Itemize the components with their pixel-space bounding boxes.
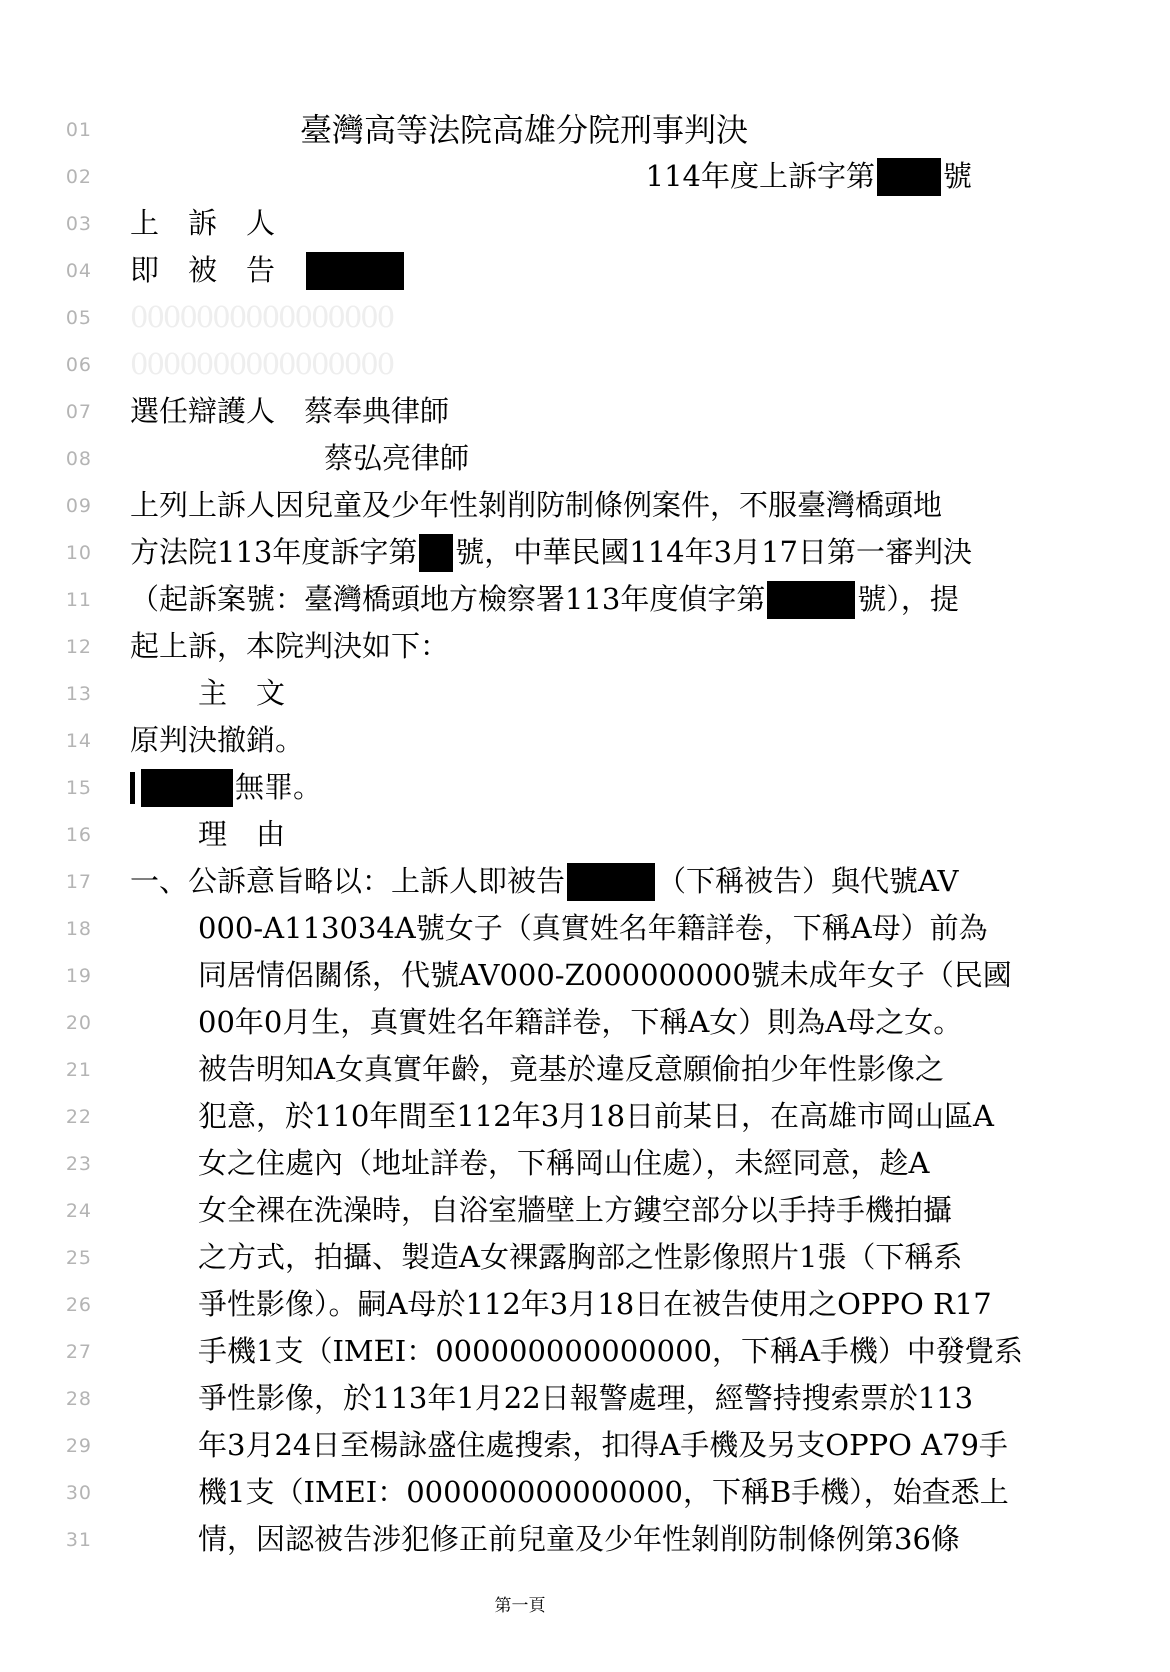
document-line: 13主 文 (0, 670, 1170, 717)
document-line: 01臺灣高等法院高雄分院刑事判決 (0, 106, 1170, 153)
line-number: 08 (0, 448, 92, 470)
line-number: 07 (0, 401, 92, 423)
line-number: 26 (0, 1294, 92, 1316)
text-run: 蔡弘亮律師 (324, 444, 469, 473)
line-content: 0000000000000000 (130, 303, 972, 332)
text-run: 號），提 (857, 585, 959, 614)
text-run: （起訴案號：臺灣橋頭地方檢察署113年度偵字第 (130, 585, 765, 614)
line-content: 手機1支（IMEI：000000000000000，下稱A手機）中發覺系 (130, 1337, 1040, 1366)
text-run: 上 訴 人 (130, 209, 275, 238)
line-content: 即 被 告 (130, 252, 972, 290)
document-line: 03上 訴 人 (0, 200, 1170, 247)
line-number: 16 (0, 824, 92, 846)
line-content: 被告明知A女真實年齡，竟基於違反意願偷拍少年性影像之 (130, 1055, 1040, 1084)
line-number: 11 (0, 589, 92, 611)
line-content: 臺灣高等法院高雄分院刑事判決 (130, 114, 1142, 146)
faint-redaction: 0000000000000000 (130, 303, 393, 332)
text-run: 主 文 (198, 679, 285, 708)
text-run: 00年0月生，真實姓名年籍詳卷，下稱A女）則為A母之女。 (198, 1008, 962, 1037)
line-number: 18 (0, 918, 92, 940)
line-content: 之方式，拍攝、製造A女裸露胸部之性影像照片1張（下稱系 (130, 1243, 1040, 1272)
document-line: 10方法院113年度訴字第號，中華民國114年3月17日第一審判決 (0, 529, 1170, 576)
line-number: 24 (0, 1200, 92, 1222)
line-content: 選任辯護人 蔡奉典律師 (130, 397, 972, 426)
document-line: 29年3月24日至楊詠盛住處搜索，扣得A手機及另支OPPO A79手 (0, 1422, 1170, 1469)
text-run: 號 (943, 162, 972, 191)
line-content: 方法院113年度訴字第號，中華民國114年3月17日第一審判決 (130, 534, 972, 572)
document-line: 04即 被 告 (0, 247, 1170, 294)
text-run: 女之住處內（地址詳卷，下稱岡山住處），未經同意，趁A (198, 1149, 929, 1178)
document-line: 24女全裸在洗澡時，自浴室牆壁上方鏤空部分以手持手機拍攝 (0, 1187, 1170, 1234)
line-content: 00年0月生，真實姓名年籍詳卷，下稱A女）則為A母之女。 (130, 1008, 1040, 1037)
line-content: 上列上訴人因兒童及少年性剝削防制條例案件，不服臺灣橋頭地 (130, 491, 972, 520)
text-run: 之方式，拍攝、製造A女裸露胸部之性影像照片1張（下稱系 (198, 1243, 962, 1272)
redaction-box (567, 863, 655, 901)
line-number: 12 (0, 636, 92, 658)
line-content: 起上訴，本院判決如下： (130, 632, 972, 661)
line-content: 年3月24日至楊詠盛住處搜索，扣得A手機及另支OPPO A79手 (130, 1431, 1040, 1460)
text-run: 臺灣高等法院高雄分院刑事判決 (300, 114, 748, 146)
line-content: 同居情侶關係，代號AV000-Z000000000號未成年女子（民國 (130, 961, 1040, 990)
redaction-box (419, 534, 453, 572)
line-number: 20 (0, 1012, 92, 1034)
line-content: 犯意，於110年間至112年3月18日前某日，在高雄市岡山區A (130, 1102, 1040, 1131)
document-line: 2000年0月生，真實姓名年籍詳卷，下稱A女）則為A母之女。 (0, 999, 1170, 1046)
document-line: 12起上訴，本院判決如下： (0, 623, 1170, 670)
document-line: 050000000000000000 (0, 294, 1170, 341)
line-number: 29 (0, 1435, 92, 1457)
line-number: 27 (0, 1341, 92, 1363)
text-run: 選任辯護人 蔡奉典律師 (130, 397, 449, 426)
line-number: 17 (0, 871, 92, 893)
text-run: （下稱被告）與代號AV (657, 867, 958, 896)
line-content: 0000000000000000 (130, 350, 972, 379)
document-line: 28爭性影像，於113年1月22日報警處理，經警持搜索票於113 (0, 1375, 1170, 1422)
redaction-box (306, 252, 404, 290)
redaction-sliver (130, 772, 135, 804)
line-number: 05 (0, 307, 92, 329)
document-line: 17一、公訴意旨略以：上訴人即被告（下稱被告）與代號AV (0, 858, 1170, 905)
line-content: 無罪。 (130, 769, 972, 807)
text-run: 機1支（IMEI：000000000000000，下稱B手機），始查悉上 (198, 1478, 1009, 1507)
line-number: 25 (0, 1247, 92, 1269)
text-run: 即 被 告 (130, 256, 304, 285)
line-number: 21 (0, 1059, 92, 1081)
line-content: 一、公訴意旨略以：上訴人即被告（下稱被告）與代號AV (130, 863, 972, 901)
document-line: 26爭性影像）。嗣A母於112年3月18日在被告使用之OPPO R17 (0, 1281, 1170, 1328)
document-line: 11（起訴案號：臺灣橋頭地方檢察署113年度偵字第號），提 (0, 576, 1170, 623)
document-line: 18000-A113034A號女子（真實姓名年籍詳卷，下稱A母）前為 (0, 905, 1170, 952)
document-line: 19同居情侶關係，代號AV000-Z000000000號未成年女子（民國 (0, 952, 1170, 999)
document-line: 31情，因認被告涉犯修正前兒童及少年性剝削防制條例第36條 (0, 1516, 1170, 1563)
line-content: 機1支（IMEI：000000000000000，下稱B手機），始查悉上 (130, 1478, 1040, 1507)
document-line: 060000000000000000 (0, 341, 1170, 388)
document-line: 25之方式，拍攝、製造A女裸露胸部之性影像照片1張（下稱系 (0, 1234, 1170, 1281)
faint-redaction: 0000000000000000 (130, 350, 393, 379)
line-number: 31 (0, 1529, 92, 1551)
line-number: 06 (0, 354, 92, 376)
text-run: 一、公訴意旨略以：上訴人即被告 (130, 867, 565, 896)
text-run: 爭性影像，於113年1月22日報警處理，經警持搜索票於113 (198, 1384, 973, 1413)
text-run: 無罪。 (235, 773, 322, 802)
line-number: 01 (0, 119, 92, 141)
line-number: 02 (0, 166, 92, 188)
line-number: 22 (0, 1106, 92, 1128)
text-run: 爭性影像）。嗣A母於112年3月18日在被告使用之OPPO R17 (198, 1290, 992, 1319)
line-number: 28 (0, 1388, 92, 1410)
line-number: 10 (0, 542, 92, 564)
document-line: 27手機1支（IMEI：000000000000000，下稱A手機）中發覺系 (0, 1328, 1170, 1375)
text-run: 000-A113034A號女子（真實姓名年籍詳卷，下稱A母）前為 (198, 914, 988, 943)
line-number: 03 (0, 213, 92, 235)
document-line: 09上列上訴人因兒童及少年性剝削防制條例案件，不服臺灣橋頭地 (0, 482, 1170, 529)
text-run: 犯意，於110年間至112年3月18日前某日，在高雄市岡山區A (198, 1102, 994, 1131)
redaction-box (141, 769, 233, 807)
line-content: 上 訴 人 (130, 209, 972, 238)
line-content: 女全裸在洗澡時，自浴室牆壁上方鏤空部分以手持手機拍攝 (130, 1196, 1040, 1225)
text-run: 起上訴，本院判決如下： (130, 632, 449, 661)
line-content: 爭性影像）。嗣A母於112年3月18日在被告使用之OPPO R17 (130, 1290, 1040, 1319)
redaction-box (767, 581, 855, 619)
text-run: 114年度上訴字第 (646, 162, 875, 191)
text-run: 上列上訴人因兒童及少年性剝削防制條例案件，不服臺灣橋頭地 (130, 491, 942, 520)
document-line: 07選任辯護人 蔡奉典律師 (0, 388, 1170, 435)
line-number: 04 (0, 260, 92, 282)
text-run: 被告明知A女真實年齡，竟基於違反意願偷拍少年性影像之 (198, 1055, 944, 1084)
judgment-page: 01臺灣高等法院高雄分院刑事判決02114年度上訴字第號03上 訴 人04即 被… (0, 0, 1170, 1672)
document-line: 23女之住處內（地址詳卷，下稱岡山住處），未經同意，趁A (0, 1140, 1170, 1187)
text-run: 年3月24日至楊詠盛住處搜索，扣得A手機及另支OPPO A79手 (198, 1431, 1008, 1460)
line-content: 114年度上訴字第號 (130, 158, 972, 196)
text-run: 同居情侶關係，代號AV000-Z000000000號未成年女子（民國 (198, 961, 1012, 990)
page-footer: 第一頁 (0, 1591, 1040, 1616)
line-content: 000-A113034A號女子（真實姓名年籍詳卷，下稱A母）前為 (130, 914, 1040, 943)
document-lines: 01臺灣高等法院高雄分院刑事判決02114年度上訴字第號03上 訴 人04即 被… (0, 0, 1170, 1563)
line-number: 23 (0, 1153, 92, 1175)
line-number: 30 (0, 1482, 92, 1504)
line-number: 14 (0, 730, 92, 752)
redaction-box (877, 158, 941, 196)
line-content: 情，因認被告涉犯修正前兒童及少年性剝削防制條例第36條 (130, 1525, 1040, 1554)
document-line: 08蔡弘亮律師 (0, 435, 1170, 482)
document-line: 30機1支（IMEI：000000000000000，下稱B手機），始查悉上 (0, 1469, 1170, 1516)
text-run: 原判決撤銷。 (130, 726, 304, 755)
document-line: 02114年度上訴字第號 (0, 153, 1170, 200)
line-content: 原判決撤銷。 (130, 726, 972, 755)
line-number: 15 (0, 777, 92, 799)
text-run: 女全裸在洗澡時，自浴室牆壁上方鏤空部分以手持手機拍攝 (198, 1196, 952, 1225)
document-line: 22犯意，於110年間至112年3月18日前某日，在高雄市岡山區A (0, 1093, 1170, 1140)
text-run: 方法院113年度訴字第 (130, 538, 417, 567)
document-line: 15無罪。 (0, 764, 1170, 811)
document-line: 16理 由 (0, 811, 1170, 858)
line-number: 19 (0, 965, 92, 987)
line-content: 主 文 (130, 679, 1040, 708)
text-run: 手機1支（IMEI：000000000000000，下稱A手機）中發覺系 (198, 1337, 1023, 1366)
text-run: 情，因認被告涉犯修正前兒童及少年性剝削防制條例第36條 (198, 1525, 960, 1554)
line-number: 13 (0, 683, 92, 705)
line-content: （起訴案號：臺灣橋頭地方檢察署113年度偵字第號），提 (130, 581, 972, 619)
document-line: 14原判決撤銷。 (0, 717, 1170, 764)
line-number: 09 (0, 495, 92, 517)
line-content: 蔡弘亮律師 (130, 444, 1166, 473)
line-content: 爭性影像，於113年1月22日報警處理，經警持搜索票於113 (130, 1384, 1040, 1413)
document-line: 21被告明知A女真實年齡，竟基於違反意願偷拍少年性影像之 (0, 1046, 1170, 1093)
text-run: 理 由 (198, 820, 285, 849)
text-run: 號，中華民國114年3月17日第一審判決 (455, 538, 972, 567)
line-content: 女之住處內（地址詳卷，下稱岡山住處），未經同意，趁A (130, 1149, 1040, 1178)
line-content: 理 由 (130, 820, 1040, 849)
